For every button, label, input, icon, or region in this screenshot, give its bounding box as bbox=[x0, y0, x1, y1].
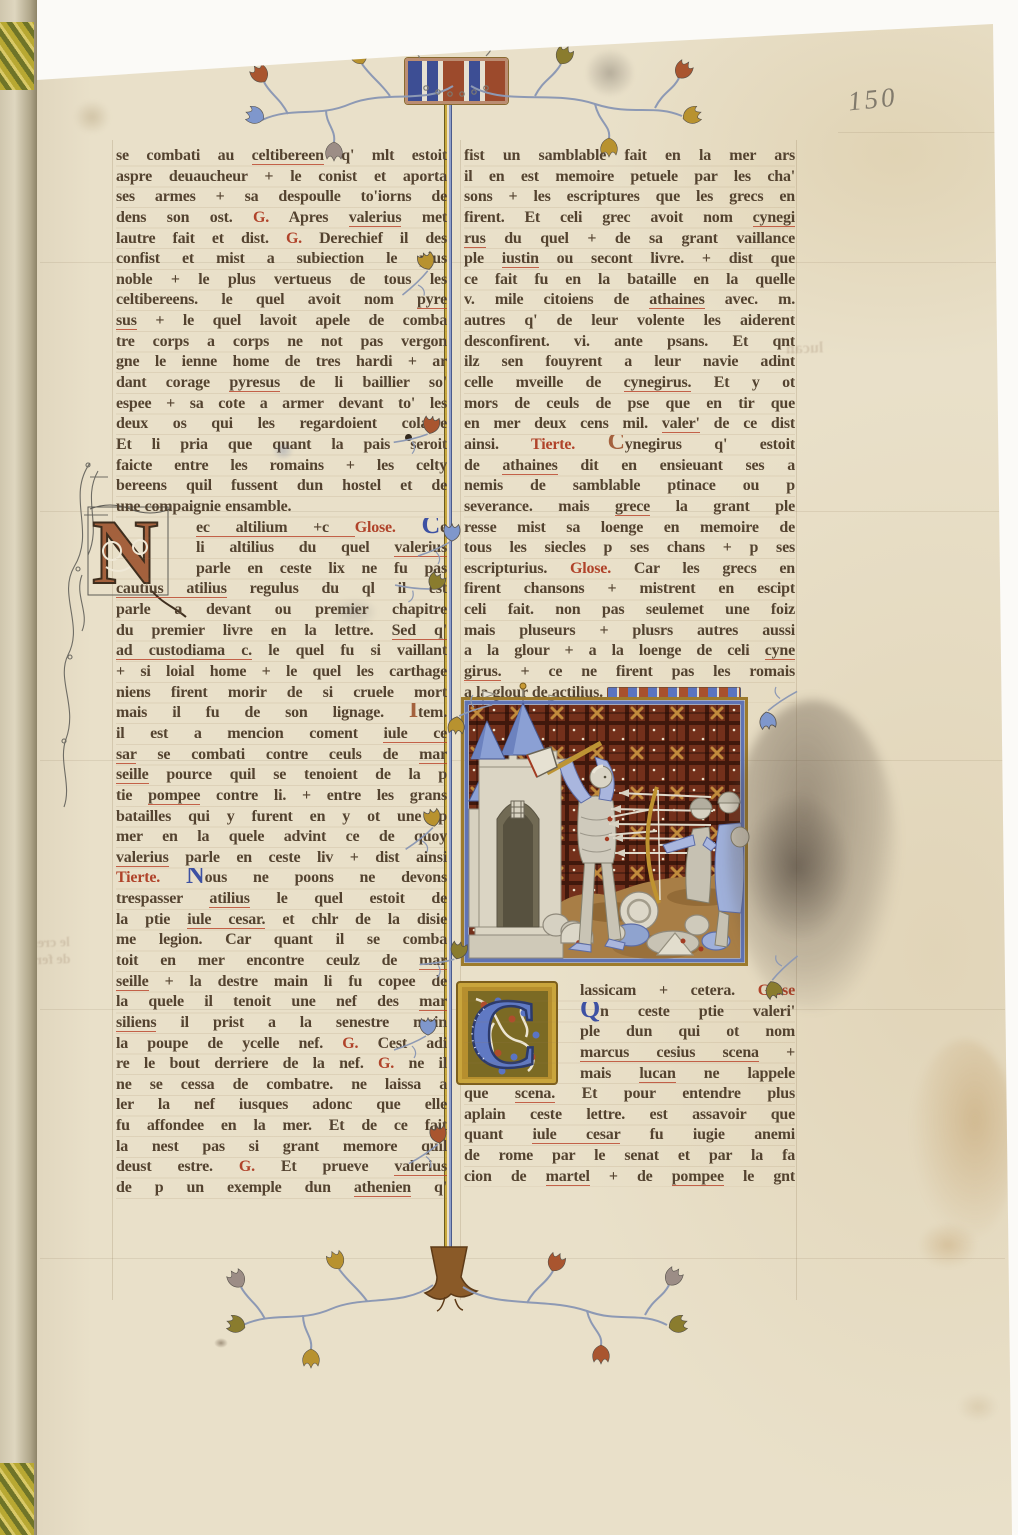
text-line: bereens quil fussent dun hostel et de bbox=[116, 476, 447, 497]
text-segment: cynegirus. bbox=[624, 374, 692, 392]
text-segment: aplain ceste lettre. est assavoir que bbox=[464, 1106, 795, 1123]
text-segment: Glose. bbox=[355, 519, 396, 536]
text-segment: Sed q' bbox=[392, 622, 447, 640]
text-column-left: se combati au celtibereen q' mlt estoita… bbox=[116, 146, 447, 1199]
text-segment: C bbox=[608, 435, 625, 455]
text-segment: met bbox=[401, 209, 447, 226]
text-segment: Et pour entendre plus bbox=[555, 1085, 795, 1102]
text-line: fist un samblable fait en la mer ars bbox=[464, 146, 795, 167]
text-segment: autres q' de leur volente les aiderent bbox=[464, 312, 795, 329]
text-segment: + si loial home + le quel les carthage bbox=[116, 663, 447, 680]
text-segment: cautius atilius bbox=[116, 580, 227, 598]
text-line: escripturius. Glose. Car les grecs en bbox=[464, 559, 795, 580]
text-line: trespasser atilius le quel estoit de bbox=[116, 889, 447, 910]
text-segment: faicte entre les romains + les celty bbox=[116, 457, 447, 474]
text-line: rus du quel + de sa grant vaillance bbox=[464, 229, 795, 250]
text-line: desconfirent. vi. ante psans. Et qnt bbox=[464, 332, 795, 353]
text-line: firent. Et celi grec avoit nom cynegi bbox=[464, 208, 795, 229]
stain bbox=[74, 100, 110, 134]
text-segment: atilius bbox=[209, 890, 249, 908]
text-segment: cyne bbox=[765, 642, 795, 660]
manuscript-page: N se combati au celtibereen q' mlt estoi… bbox=[0, 0, 1018, 1535]
manuscript-photo: N se combati au celtibereen q' mlt estoi… bbox=[0, 0, 1018, 1535]
text-segment: cynegi bbox=[753, 209, 795, 227]
text-line: autres q' de leur volente les aiderent bbox=[464, 311, 795, 332]
text-line: du premier livre en la lettre. Sed q' bbox=[116, 621, 447, 642]
text-line: que scena. Et pour entendre plus bbox=[464, 1084, 795, 1105]
text-line: toit en mer encontre ceulz de mar bbox=[116, 951, 447, 972]
stain bbox=[912, 1040, 1017, 1240]
text-line: une compaignie ensamble. bbox=[116, 497, 447, 518]
text-column-right-top: fist un samblable fait en la mer arsil e… bbox=[464, 146, 795, 703]
text-segment: iule ce bbox=[383, 725, 447, 743]
text-segment: se combati au bbox=[116, 147, 252, 164]
text-line: girus. + ce ne firent pas les romais bbox=[464, 662, 795, 683]
text-line: ses armes + sa despoulle to'iorns de bbox=[116, 187, 447, 208]
text-line: espee + sa cote a armer devant to' les bbox=[116, 394, 447, 415]
text-segment: deust estre. bbox=[116, 1158, 239, 1175]
text-segment: severance. mais bbox=[464, 498, 615, 515]
text-segment: il en est memoire petuele par les cha' bbox=[464, 168, 795, 185]
text-segment: ilz sen fouyrent a leur navie adint bbox=[464, 353, 795, 370]
text-segment: ce fait fu en la bataille en la quelle bbox=[464, 271, 795, 288]
text-segment: espee + sa cote a armer devant to' les bbox=[116, 395, 447, 412]
text-segment: ler la nef iusques adonc que elle bbox=[116, 1096, 447, 1113]
stain bbox=[918, 1222, 978, 1268]
text-segment: parle a devant ou premier chapitre bbox=[116, 601, 447, 618]
text-segment: Et y ot bbox=[691, 374, 795, 391]
text-line: + si loial home + le quel les carthage bbox=[116, 662, 447, 683]
text-line: la ptie iule cesar. et chlr de la disie bbox=[116, 910, 447, 931]
text-line: confist et mist a subiection le plus bbox=[116, 249, 447, 270]
text-segment: + ce ne firent pas les romais bbox=[501, 663, 795, 680]
text-line: niens firent morir de si cruele mort bbox=[116, 683, 447, 704]
text-line: mais lucan ne lappele bbox=[464, 1064, 795, 1085]
text-segment: ous ne poons ne devons bbox=[205, 869, 447, 886]
text-line: gne le ienne home de tres hardi + ar bbox=[116, 352, 447, 373]
text-segment: mors de ceuls de pse que en tir que bbox=[464, 395, 795, 412]
text-line: tous les siecles p ses chans + p ses bbox=[464, 538, 795, 559]
text-segment: bereens quil fussent dun hostel et de bbox=[116, 477, 447, 494]
text-segment: ou secont livre. + dist que bbox=[539, 250, 795, 267]
text-segment: toit en mer encontre ceulz de bbox=[116, 952, 419, 969]
text-segment: lassicam + cetera. bbox=[580, 982, 758, 999]
text-segment: parle en ceste lix ne fu pas bbox=[196, 560, 447, 577]
text-line: lassicam + cetera. Glose bbox=[464, 981, 795, 1002]
text-segment: N bbox=[186, 868, 205, 889]
text-segment: dit en ensieuant ses a bbox=[558, 457, 795, 474]
text-segment: q' mlt estoit bbox=[324, 147, 447, 164]
text-segment: a la glour + a la loenge de celi bbox=[464, 642, 765, 659]
text-line: la poupe de ycelle nef. G. Cest adi bbox=[116, 1034, 447, 1055]
text-segment: il est a mencion coment bbox=[116, 725, 383, 742]
text-segment: trespasser bbox=[116, 890, 209, 907]
text-segment: + le quel lavoit apele de comba bbox=[137, 312, 447, 329]
text-line: ec altilium +c Glose. Ce bbox=[116, 518, 447, 539]
text-line: de rome par le senat et par la fa bbox=[464, 1146, 795, 1167]
text-line: v. mile citoiens de athaines avec. m. bbox=[464, 290, 795, 311]
stain bbox=[958, 1392, 998, 1422]
stain bbox=[728, 700, 898, 1010]
text-segment: quant bbox=[464, 1126, 532, 1143]
text-segment: de li baillier so' bbox=[280, 374, 447, 391]
text-line: severance. mais grece la grant ple bbox=[464, 497, 795, 518]
text-segment: desconfirent. vi. ante psans. Et qnt bbox=[464, 333, 795, 350]
text-segment: de rome par le senat et par la fa bbox=[464, 1147, 795, 1164]
text-line: ler la nef iusques adonc que elle bbox=[116, 1095, 447, 1116]
text-segment: pompee bbox=[148, 787, 200, 805]
text-line: cion de martel + de pompee le gnt bbox=[464, 1167, 795, 1188]
text-segment: confist et mist a subiection le plus bbox=[116, 250, 447, 267]
text-segment: dens son ost. bbox=[116, 209, 253, 226]
text-line: deux os qui les regardoient colatre bbox=[116, 414, 447, 435]
endband-top bbox=[0, 22, 34, 90]
text-segment: Glose bbox=[758, 982, 795, 999]
text-segment: du premier livre en la lettre. bbox=[116, 622, 392, 639]
text-segment: le gnt bbox=[724, 1168, 795, 1185]
text-segment: v. mile citoiens de bbox=[464, 291, 649, 308]
text-segment: de ce dist bbox=[700, 415, 795, 432]
text-line: ne se cessa de combatre. ne laissa a bbox=[116, 1075, 447, 1096]
text-segment: en mer deux cens mil. bbox=[464, 415, 662, 432]
text-segment: avec. m. bbox=[705, 291, 795, 308]
text-segment: firent chansons + mistrent en escipt bbox=[464, 580, 795, 597]
text-line: il est a mencion coment iule ce bbox=[116, 724, 447, 745]
text-segment: dant corage bbox=[116, 374, 229, 391]
bottom-border-vine bbox=[205, 1247, 705, 1359]
text-line: Et li pria que quant la pais seroit bbox=[116, 435, 447, 456]
text-segment: mais pluseurs + plusrs autres aussi bbox=[464, 622, 795, 639]
text-line: aplain ceste lettre. est assavoir que bbox=[464, 1105, 795, 1126]
text-line: li altilius du quel valerius bbox=[116, 538, 447, 559]
text-line: batailles qui y furent en y ot une p bbox=[116, 807, 447, 828]
text-segment: grece bbox=[615, 498, 650, 516]
text-line: il en est memoire petuele par les cha' bbox=[464, 167, 795, 188]
text-segment: il prist a la senestre main bbox=[156, 1014, 447, 1031]
text-line: sons + les escriptures que les grecs en bbox=[464, 187, 795, 208]
text-line: ple iustin ou secont livre. + dist que bbox=[464, 249, 795, 270]
text-segment: contre li. + entre les grans bbox=[200, 787, 447, 804]
text-segment: tous les siecles p ses chans + p ses bbox=[464, 539, 795, 556]
text-line: la quele il tenoit une nef des mar bbox=[116, 992, 447, 1013]
text-segment: Et prueve bbox=[255, 1158, 395, 1175]
text-segment: tie bbox=[116, 787, 148, 804]
miniature-battle-scene bbox=[461, 697, 748, 966]
text-segment: valerius bbox=[394, 539, 447, 557]
text-segment: me legion. Car quant il se comba bbox=[116, 931, 447, 948]
show-through-text: lucan bbox=[786, 339, 824, 357]
text-line: sus + le quel lavoit apele de comba bbox=[116, 311, 447, 332]
text-segment: mar bbox=[419, 993, 447, 1011]
text-segment: Apres bbox=[269, 209, 349, 226]
folio-number: 150 bbox=[847, 81, 899, 117]
text-segment: parle en ceste liv + dist ainsi bbox=[169, 849, 447, 866]
text-segment: valerius bbox=[349, 209, 402, 227]
text-segment: scena. bbox=[515, 1085, 555, 1103]
book-spine-edge bbox=[0, 0, 37, 1535]
endband-bottom bbox=[0, 1463, 34, 1535]
text-line: noble + le plus vertueus de tous les bbox=[116, 270, 447, 291]
text-segment: ec altilium +c bbox=[196, 519, 355, 537]
top-border-vine bbox=[230, 32, 715, 144]
text-segment: la grant ple bbox=[650, 498, 795, 515]
text-line: siliens il prist a la senestre main bbox=[116, 1013, 447, 1034]
text-segment: mais bbox=[580, 1065, 639, 1082]
text-segment: martel bbox=[546, 1168, 590, 1186]
text-segment: Tierte. bbox=[531, 436, 575, 453]
text-line: la nest pas si grant memore quil bbox=[116, 1137, 447, 1158]
text-segment: athenien bbox=[354, 1179, 411, 1197]
text-segment: firent. Et celi grec avoit nom bbox=[464, 209, 753, 226]
text-segment: iustin bbox=[502, 250, 539, 268]
text-segment: ne se cessa de combatre. ne laissa a bbox=[116, 1076, 447, 1093]
text-line: firent chansons + mistrent en escipt bbox=[464, 579, 795, 600]
stain bbox=[742, 792, 852, 942]
text-segment: la nest pas si grant memore quil bbox=[116, 1138, 447, 1155]
text-line: de p un exemple dun athenien q' bbox=[116, 1178, 447, 1199]
text-segment: Cest adi bbox=[358, 1035, 447, 1052]
text-segment: li altilius du quel bbox=[196, 539, 394, 556]
text-segment: que bbox=[464, 1085, 515, 1102]
text-line: ce fait fu en la bataille en la quelle bbox=[464, 270, 795, 291]
text-segment: le quel estoit de bbox=[250, 890, 447, 907]
text-segment: celi fait. non pas seulemet une foiz bbox=[464, 601, 795, 618]
text-segment: rus bbox=[464, 230, 486, 248]
text-segment: Car les grecs en bbox=[611, 560, 795, 577]
text-segment: ne il bbox=[394, 1055, 447, 1072]
text-segment: de bbox=[464, 457, 502, 474]
text-line: ad custodiama c. le quel fu si vaillant bbox=[116, 641, 447, 662]
text-line: mer en la quele advint ce de quoy bbox=[116, 827, 447, 848]
text-line: Tierte. Nous ne poons ne devons bbox=[116, 868, 447, 889]
text-segment: gne le ienne home de tres hardi + ar bbox=[116, 353, 447, 370]
text-line: mors de ceuls de pse que en tir que bbox=[464, 394, 795, 415]
text-segment: Derechief il des bbox=[302, 230, 447, 247]
text-line: resse mist sa loenge en memoire de bbox=[464, 518, 795, 539]
text-line: ple dun qui ot nom bbox=[464, 1022, 795, 1043]
text-segment: deux os qui les regardoient colatre bbox=[116, 415, 447, 432]
text-line: ainsi. Tierte. Cynegirus q' estoit bbox=[464, 435, 795, 456]
text-line: deust estre. G. Et prueve valerius bbox=[116, 1157, 447, 1178]
text-segment: I bbox=[409, 703, 418, 723]
text-line: me legion. Car quant il se comba bbox=[116, 930, 447, 951]
crease-line bbox=[838, 132, 1006, 133]
text-segment: lautre fait et dist. bbox=[116, 230, 286, 247]
text-segment: niens firent morir de si cruele mort bbox=[116, 684, 447, 701]
text-segment: ne lappele bbox=[676, 1065, 795, 1082]
text-segment: ynegirus q' estoit bbox=[625, 436, 795, 453]
ruling-line bbox=[112, 140, 113, 1300]
text-segment: une compaignie ensamble. bbox=[116, 498, 291, 515]
text-segment: mais il fu de son lignage. bbox=[116, 704, 409, 721]
text-line: Qn ceste ptie valeri' bbox=[464, 1002, 795, 1023]
text-segment: regulus du ql il est bbox=[227, 580, 447, 597]
text-segment: fu iugie anemi bbox=[620, 1126, 795, 1143]
text-segment: n ceste ptie valeri' bbox=[600, 1003, 795, 1020]
text-segment: pyre bbox=[417, 291, 447, 309]
text-segment: se combati contre ceuls de bbox=[136, 746, 419, 763]
text-segment: siliens bbox=[116, 1014, 156, 1032]
text-line: parle en ceste lix ne fu pas bbox=[116, 559, 447, 580]
text-line: fu affondee en la mer. Et de ce fait bbox=[116, 1116, 447, 1137]
text-line: tre corps a corps ne not pas vergon bbox=[116, 332, 447, 353]
text-line: celi fait. non pas seulemet une foiz bbox=[464, 600, 795, 621]
text-segment: pource quil se tenoient de la p bbox=[149, 766, 447, 783]
text-segment: tem. bbox=[418, 704, 447, 721]
text-segment: la poupe de ycelle nef. bbox=[116, 1035, 342, 1052]
text-segment: Q bbox=[580, 1002, 600, 1023]
text-line: celle mveille de cynegirus. Et y ot bbox=[464, 373, 795, 394]
text-segment: + la destre main li fu copee de bbox=[149, 973, 447, 990]
text-segment: + de bbox=[590, 1168, 672, 1185]
text-segment: celle mveille de bbox=[464, 374, 624, 391]
text-line: dens son ost. G. Apres valerius met bbox=[116, 208, 447, 229]
text-segment: G. bbox=[239, 1158, 255, 1175]
text-segment: iule cesar. bbox=[187, 911, 265, 929]
text-segment: celtibereens. le quel avoit nom bbox=[116, 291, 417, 308]
text-line: de athaines dit en ensieuant ses a bbox=[464, 456, 795, 477]
text-line: valerius parle en ceste liv + dist ainsi bbox=[116, 848, 447, 869]
text-segment: ainsi. bbox=[464, 436, 531, 453]
text-segment: athaines bbox=[502, 457, 557, 475]
text-line: marcus cesius scena + bbox=[464, 1043, 795, 1064]
text-line: tie pompee contre li. + entre les grans bbox=[116, 786, 447, 807]
text-segment: du quel + de sa grant vaillance bbox=[486, 230, 795, 247]
text-segment: seille bbox=[116, 766, 149, 784]
text-segment: celtibereen bbox=[252, 147, 324, 165]
text-segment: C bbox=[422, 518, 441, 539]
text-line: mais il fu de son lignage. Item. bbox=[116, 703, 447, 724]
text-segment: la quele il tenoit une nef des bbox=[116, 993, 419, 1010]
text-segment: e bbox=[440, 519, 447, 536]
text-segment bbox=[396, 519, 422, 536]
text-segment: tre corps a corps ne not pas vergon bbox=[116, 333, 447, 350]
text-segment: mer en la quele advint ce de quoy bbox=[116, 828, 447, 845]
text-line: nemis de samblable ptinace ou p bbox=[464, 476, 795, 497]
text-column-right-bottom: lassicam + cetera. GloseQn ceste ptie va… bbox=[464, 981, 795, 1187]
text-segment: valerius bbox=[394, 1158, 447, 1176]
text-segment: ses armes + sa despoulle to'iorns de bbox=[116, 188, 447, 205]
text-segment: ple bbox=[464, 250, 502, 267]
text-segment: valer' bbox=[662, 415, 700, 433]
text-segment: batailles qui y furent en y ot une p bbox=[116, 808, 447, 825]
text-segment: le quel fu si vaillant bbox=[252, 642, 447, 659]
text-segment bbox=[160, 869, 186, 886]
text-segment: seille bbox=[116, 973, 149, 991]
text-line: seille + la destre main li fu copee de bbox=[116, 972, 447, 993]
text-line: quant iule cesar fu iugie anemi bbox=[464, 1125, 795, 1146]
text-segment: pompee bbox=[672, 1168, 724, 1186]
text-line: seille pource quil se tenoient de la p bbox=[116, 765, 447, 786]
text-line: cautius atilius regulus du ql il est bbox=[116, 579, 447, 600]
text-line: faicte entre les romains + les celty bbox=[116, 456, 447, 477]
text-line: mais pluseurs + plusrs autres aussi bbox=[464, 621, 795, 642]
text-line: dant corage pyresus de li baillier so' bbox=[116, 373, 447, 394]
text-segment: fu affondee en la mer. Et de ce fait bbox=[116, 1117, 447, 1134]
text-segment: ad custodiama c. bbox=[116, 642, 252, 660]
text-segment bbox=[575, 436, 608, 453]
text-line: en mer deux cens mil. valer' de ce dist bbox=[464, 414, 795, 435]
text-segment: nemis de samblable ptinace ou p bbox=[464, 477, 795, 494]
text-segment: sar bbox=[116, 746, 136, 764]
text-segment: escripturius. bbox=[464, 560, 570, 577]
text-segment: ple dun qui ot nom bbox=[580, 1023, 795, 1040]
text-segment: resse mist sa loenge en memoire de bbox=[464, 519, 795, 536]
text-segment: mar bbox=[419, 952, 447, 970]
text-line: sar se combati contre ceuls de mar bbox=[116, 745, 447, 766]
text-segment: aspre deuaucheur + le conist et aporta bbox=[116, 168, 447, 185]
text-segment: mar bbox=[419, 746, 447, 764]
text-segment: noble + le plus vertueus de tous les bbox=[116, 271, 447, 288]
text-segment: la ptie bbox=[116, 911, 187, 928]
text-segment: G. bbox=[253, 209, 269, 226]
text-segment: G. bbox=[286, 230, 302, 247]
text-line: re le bout derriere de la nef. G. ne il bbox=[116, 1054, 447, 1075]
ruling-line bbox=[796, 140, 797, 1300]
text-segment: q' bbox=[411, 1179, 447, 1196]
text-segment: marcus cesius scena bbox=[580, 1044, 759, 1062]
text-segment: Tierte. bbox=[116, 869, 160, 886]
text-line: a la glour + a la loenge de celi cyne bbox=[464, 641, 795, 662]
text-line: lautre fait et dist. G. Derechief il des bbox=[116, 229, 447, 250]
text-segment: Glose. bbox=[570, 560, 611, 577]
text-segment: cion de bbox=[464, 1168, 546, 1185]
text-segment: iule cesar bbox=[532, 1126, 620, 1144]
text-line: parle a devant ou premier chapitre bbox=[116, 600, 447, 621]
text-segment: athaines bbox=[649, 291, 704, 309]
text-line: se combati au celtibereen q' mlt estoit bbox=[116, 146, 447, 167]
text-segment: sus bbox=[116, 312, 137, 330]
text-segment: + bbox=[759, 1044, 795, 1061]
text-segment: fist un samblable fait en la mer ars bbox=[464, 147, 795, 164]
text-segment: et chlr de la disie bbox=[265, 911, 447, 928]
text-segment: G. bbox=[378, 1055, 394, 1072]
text-segment: Et li pria que quant la pais seroit bbox=[116, 436, 447, 453]
text-segment: G. bbox=[342, 1035, 358, 1052]
text-segment: valerius bbox=[116, 849, 169, 867]
text-line: celtibereens. le quel avoit nom pyre bbox=[116, 290, 447, 311]
text-segment: de p un exemple dun bbox=[116, 1179, 354, 1196]
text-segment: lucan bbox=[639, 1065, 675, 1083]
text-segment: re le bout derriere de la nef. bbox=[116, 1055, 378, 1072]
text-segment: pyresus bbox=[229, 374, 280, 392]
text-segment: sons + les escriptures que les grecs en bbox=[464, 188, 795, 205]
text-line: ilz sen fouyrent a leur navie adint bbox=[464, 352, 795, 373]
text-line: aspre deuaucheur + le conist et aporta bbox=[116, 167, 447, 188]
text-segment: girus. bbox=[464, 663, 501, 681]
